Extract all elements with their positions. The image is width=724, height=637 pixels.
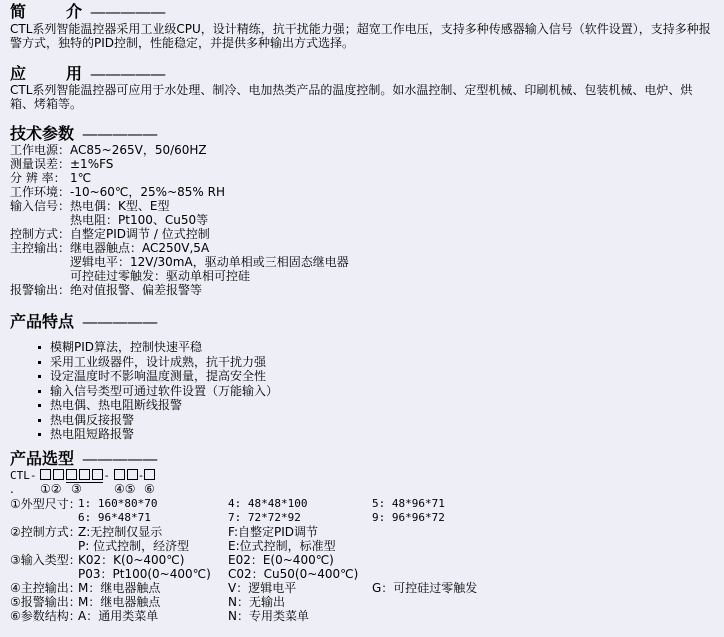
code-slot-box (79, 469, 90, 480)
selection-option: V：逻辑电平 (228, 581, 296, 595)
intro-text: CTL系列智能温控器采用工业级CPU，设计精练，抗干扰能力强；超宽工作电压，支持… (10, 22, 714, 50)
selection-option: C02：Cu50(0~400℃) (228, 567, 358, 581)
selection-option: 9: 96*96*72 (372, 511, 445, 525)
spec-label: 报警输出： (10, 283, 70, 297)
selection-option: N：无输出 (228, 595, 285, 609)
application-heading: 应用————— (10, 65, 165, 83)
index-1-2: ①② (40, 482, 62, 496)
index-3: ③ (71, 482, 82, 496)
selection-option: 7: 72*72*92 (228, 511, 301, 525)
spec-value: 热电偶：K型、E型 (70, 199, 169, 213)
application-text: CTL系列智能温控器可应用于水处理、制冷、电加热类产品的温度控制。如水温控制、定… (10, 83, 714, 111)
selection-option: 1: 160*80*70 (78, 497, 157, 511)
spec-value: 绝对值报警、偏差报警等 (70, 283, 202, 297)
code-slot-box (53, 469, 64, 480)
selection-option: E02：E(0~400℃) (228, 553, 334, 567)
selection-option: M：继电器触点 (78, 595, 160, 609)
heading-rule: ————— (82, 449, 157, 468)
feature-item: 热电偶、热电阻断线报警 (36, 398, 278, 413)
selection-option: 6: 96*48*71 (78, 511, 151, 525)
code-slot-box (40, 469, 51, 480)
spec-value: -10~60℃，25%~85% RH (70, 185, 225, 199)
selection-option: E:位式控制，标准型 (228, 539, 336, 553)
spec-value: AC85~265V，50/60HZ (70, 143, 207, 157)
feature-item: 热电偶反接报警 (36, 413, 278, 428)
index-4-5: ④⑤ (114, 482, 136, 496)
spec-label: 主控输出： (10, 241, 70, 255)
code-slot-group-underlined (66, 468, 103, 483)
spec-value: 逻辑电平：12V/30mA，驱动单相或三相固态继电器 (70, 255, 349, 269)
selection-option: 4: 48*48*100 (228, 497, 307, 511)
selection-option: F:自整定PID调节 (228, 525, 318, 539)
selection-label: ①外型尺寸： (10, 497, 81, 511)
model-code-prefix: CTL- (10, 469, 37, 482)
code-slot-box (92, 469, 103, 480)
features-heading-text: 产品特点 (10, 312, 74, 331)
feature-item: 模糊PID算法，控制快速平稳 (36, 340, 278, 355)
spec-value: 继电器触点：AC250V,5A (70, 241, 209, 255)
application-heading-char-1: 应 (10, 64, 26, 83)
model-code-separator: - (103, 469, 110, 482)
model-code-separator: - (138, 469, 145, 482)
spec-value: ±1%FS (70, 157, 113, 171)
selection-option: G：可控硅过零触发 (372, 581, 477, 595)
selection-heading-text: 产品选型 (10, 449, 74, 468)
selection-option: M：继电器触点 (78, 581, 160, 595)
code-slot-box (144, 469, 155, 480)
specs-heading-text: 技术参数 (10, 124, 74, 143)
selection-option: A：通用类菜单 (78, 609, 158, 623)
selection-label: ②控制方式： (10, 525, 81, 539)
spec-label: 分 辨 率： (10, 171, 66, 185)
code-slot-box (127, 469, 138, 480)
heading-rule: ————— (90, 2, 165, 21)
model-code: CTL- - - (10, 468, 157, 483)
heading-rule: ————— (90, 64, 165, 83)
feature-item: 采用工业级器件，设计成熟，抗干扰力强 (36, 355, 278, 370)
selection-label: ⑤报警输出： (10, 595, 81, 609)
heading-rule: ————— (82, 312, 157, 331)
feature-item: 输入信号类型可通过软件设置（万能输入） (36, 384, 278, 399)
intro-heading-char-2: 介 (66, 2, 82, 21)
spec-value: 热电阻：Pt100、Cu50等 (70, 213, 208, 227)
spec-label: 测量误差： (10, 157, 70, 171)
selection-option: 5: 48*96*71 (372, 497, 445, 511)
selection-label: ④主控输出： (10, 581, 81, 595)
index-dot: . (10, 482, 14, 496)
spec-label: 控制方式： (10, 227, 70, 241)
feature-item: 设定温度时不影响温度测量，提高安全性 (36, 369, 278, 384)
spec-value: 1℃ (70, 171, 91, 185)
spec-value: 自整定PID调节 / 位式控制 (70, 227, 210, 241)
spec-label: 工作环境： (10, 185, 70, 199)
selection-option: Z:无控制仅显示 (78, 525, 162, 539)
spec-value: 可控硅过零触发：驱动单相可控硅 (70, 269, 250, 283)
intro-heading: 简介————— (10, 3, 165, 21)
application-heading-char-2: 用 (66, 64, 82, 83)
specs-heading: 技术参数————— (10, 125, 157, 143)
spec-label: 输入信号： (10, 199, 70, 213)
selection-option: P03：Pt100(0~400℃) (78, 567, 211, 581)
feature-item: 热电阻短路报警 (36, 427, 278, 442)
selection-label: ⑥参数结构： (10, 609, 81, 623)
selection-option: K02：K(0~400℃) (78, 553, 184, 567)
selection-heading: 产品选型————— (10, 450, 157, 468)
heading-rule: ————— (82, 124, 157, 143)
selection-label: ③输入类型： (10, 553, 81, 567)
spec-label: 工作电源： (10, 143, 70, 157)
index-6: ⑥ (144, 482, 155, 496)
selection-option: N：专用类菜单 (228, 609, 309, 623)
selection-option: P: 位式控制，经济型 (78, 539, 189, 553)
features-heading: 产品特点————— (10, 313, 157, 331)
features-list: 模糊PID算法，控制快速平稳 采用工业级器件，设计成熟，抗干扰力强 设定温度时不… (36, 340, 278, 442)
intro-heading-char-1: 简 (10, 2, 26, 21)
code-slot-box (114, 469, 125, 480)
code-slot-box (66, 469, 77, 480)
